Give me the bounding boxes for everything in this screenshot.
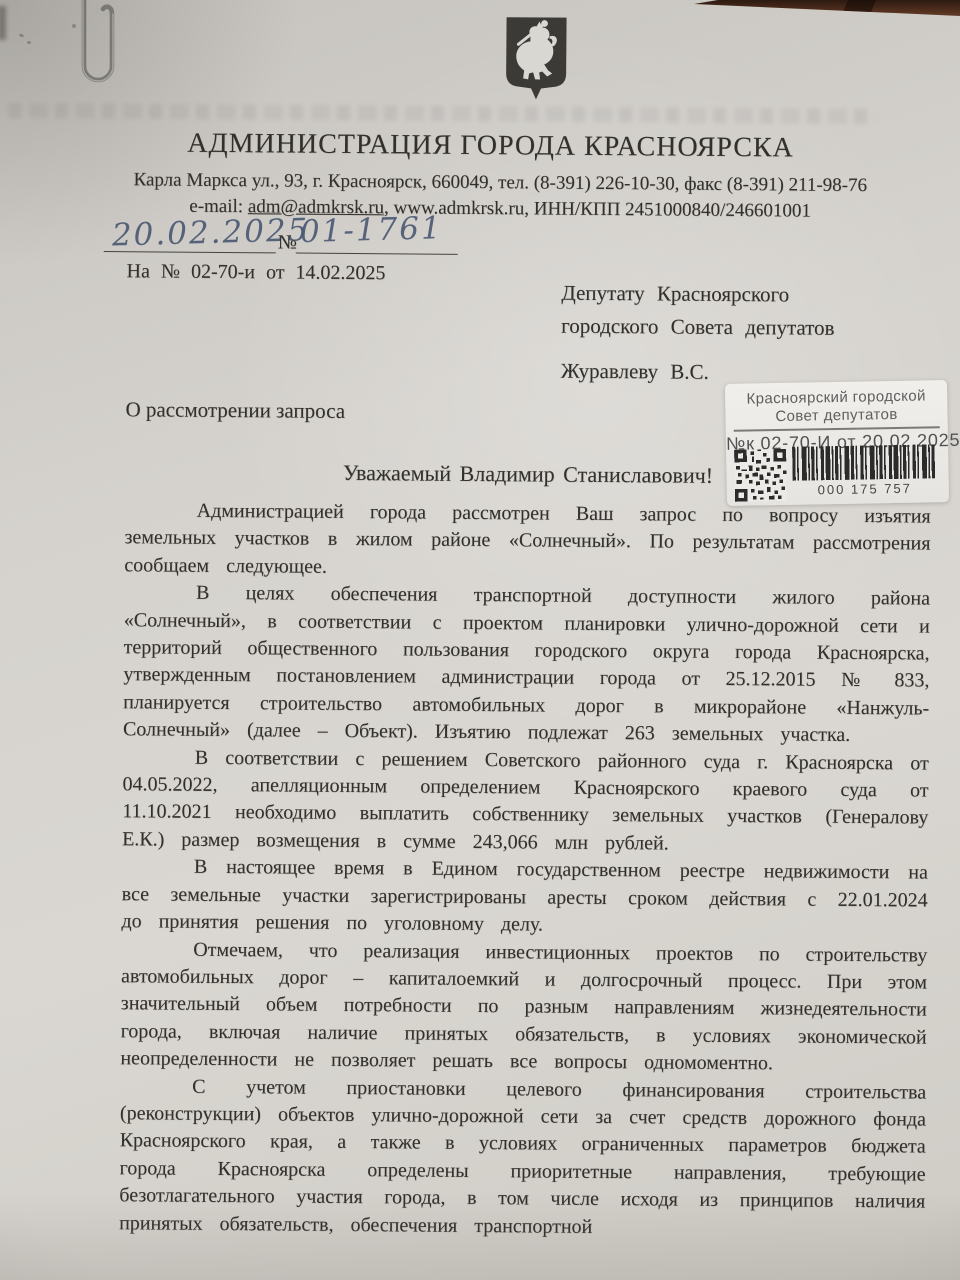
body-paragraph: Отмечаем, что реализация инвестиционных … xyxy=(120,936,927,1079)
krasnoyarsk-coat-of-arms-icon xyxy=(502,14,571,103)
number-rule-line xyxy=(296,253,458,255)
reply-reference-line: На № 02-70-и от 14.02.2025 xyxy=(126,260,385,285)
organization-address: Карла Маркса ул., 93, г. Красноярск, 660… xyxy=(60,169,940,198)
recipient-line: Депутату Красноярского xyxy=(561,277,835,312)
number-sign: № xyxy=(278,231,297,254)
handwritten-outgoing-number: 01-1761 xyxy=(299,210,443,250)
subject-line: О рассмотрении запроса xyxy=(125,397,345,424)
body-paragraph: В настоящее время в Едином государственн… xyxy=(121,853,928,942)
body-paragraph: Администрацией города рассмотрен Ваш зап… xyxy=(124,497,931,586)
letter-body: Администрацией города рассмотрен Ваш зап… xyxy=(119,497,931,1243)
contacts-suffix: , www.admkrsk.ru, ИНН/КПП 2451000840/246… xyxy=(384,197,811,221)
organization-name: АДМИНИСТРАЦИЯ ГОРОДА КРАСНОЯРСКА xyxy=(60,127,920,166)
body-paragraph: С учетом приостановки целевого финансиро… xyxy=(119,1073,926,1244)
qr-code-icon xyxy=(734,449,787,502)
stamp-organization: Красноярский городской Совет депутатов xyxy=(725,387,948,427)
registration-stamp-sticker: Красноярский городской Совет депутатов №… xyxy=(725,380,949,506)
photographed-letter-page: АДМИНИСТРАЦИЯ ГОРОДА КРАСНОЯРСКА Карла М… xyxy=(0,0,960,1280)
body-paragraph: В соответствии с решением Советского рай… xyxy=(122,744,929,860)
letter-content: АДМИНИСТРАЦИЯ ГОРОДА КРАСНОЯРСКА Карла М… xyxy=(0,0,960,1280)
body-paragraph: В целях обеспечения транспортной доступн… xyxy=(123,579,930,750)
recipient-block: Депутату Красноярского городского Совета… xyxy=(561,277,835,390)
barcode-number: 000 175 757 xyxy=(793,480,937,498)
recipient-line: городского Совета депутатов xyxy=(561,310,835,345)
barcode-icon xyxy=(792,444,937,481)
